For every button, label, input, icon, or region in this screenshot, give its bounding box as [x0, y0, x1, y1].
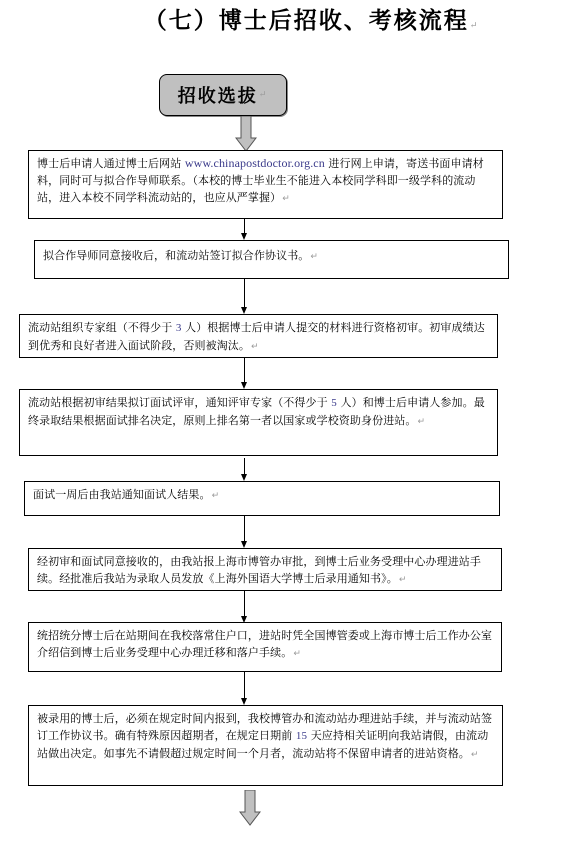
paragraph-mark-icon: ↵: [310, 252, 318, 262]
paragraph-mark-icon: ↵: [418, 417, 426, 427]
step-box-6: 经初审和面试同意接收的，由我站报上海市博管办审批，到博士后业务受理中心办理进站手…: [28, 548, 502, 591]
step-box-7: 统招统分博士后在站期间在我校落常住户口，进站时凭全国博管委或上海市博士后工作办公…: [28, 622, 502, 672]
step-1-text: 博士后申请人通过博士后网站: [37, 157, 185, 170]
step-box-4: 流动站根据初审结果拟订面试评审，通知评审专家（不得少于 5 人）和博士后申请人参…: [19, 389, 498, 456]
connector-line: [244, 219, 245, 234]
step-box-8: 被录用的博士后，必须在规定时间内报到，我校博管办和流动站办理进站手续，并与流动站…: [28, 705, 503, 786]
arrow-down-icon: [241, 307, 247, 314]
paragraph-mark-icon: ↵: [251, 342, 259, 352]
paragraph-mark-icon: ↵: [471, 750, 479, 760]
step-6-text: 经初审和面试同意接收的，由我站报上海市博管办审批，到博士后业务受理中心办理进站手…: [37, 555, 481, 585]
paragraph-mark-icon: ↵: [293, 649, 301, 659]
step-4-text: 流动站根据初审结果拟订面试评审，通知评审专家（不得少于: [28, 396, 331, 409]
paragraph-mark-icon: ↵: [470, 21, 480, 31]
title-text: （七）博士后招收、考核流程: [144, 7, 469, 34]
arrow-down-icon: [241, 233, 247, 240]
connector-line: [244, 516, 245, 541]
step-box-5: 面试一周后由我站通知面试人结果。↵: [24, 481, 500, 516]
arrow-down-icon: [241, 382, 247, 389]
page-title: （七）博士后招收、考核流程↵: [0, 2, 583, 35]
arrow-down-icon: [241, 541, 247, 548]
block-arrow-down-icon: [239, 790, 261, 826]
block-arrow-down-icon: [235, 116, 257, 152]
connector-line: [244, 672, 245, 698]
paragraph-mark-icon: ↵: [212, 491, 220, 501]
paragraph-mark-icon: ↵: [282, 194, 290, 204]
step-2-text: 拟合作导师同意接收后，和流动站签订拟合作协议书。: [43, 249, 309, 262]
step-box-2: 拟合作导师同意接收后，和流动站签订拟合作协议书。↵: [34, 240, 509, 279]
arrow-down-icon: [241, 698, 247, 705]
start-node: 招收选拔↵: [159, 74, 287, 116]
step-box-1: 博士后申请人通过博士后网站 www.chinapostdoctor.org.cn…: [28, 150, 503, 219]
step-5-text: 面试一周后由我站通知面试人结果。: [33, 488, 211, 501]
connector-line: [244, 591, 245, 616]
paragraph-mark-icon: ↵: [399, 575, 407, 585]
step-7-text: 统招统分博士后在站期间在我校落常住户口，进站时凭全国博管委或上海市博士后工作办公…: [37, 629, 492, 659]
website-link[interactable]: www.chinapostdoctor.org.cn: [185, 156, 325, 170]
connector-line: [244, 279, 245, 307]
connector-line: [244, 458, 245, 474]
paragraph-mark-icon: ↵: [259, 90, 269, 100]
start-node-label: 招收选拔: [178, 82, 258, 108]
step-box-3: 流动站组织专家组（不得少于 3 人）根据博士后申请人提交的材料进行资格初审。初审…: [19, 314, 498, 358]
leave-days-count: 15: [296, 730, 307, 742]
connector-line: [244, 358, 245, 382]
arrow-down-icon: [241, 474, 247, 481]
step-3-text: 流动站组织专家组（不得少于: [28, 321, 176, 334]
